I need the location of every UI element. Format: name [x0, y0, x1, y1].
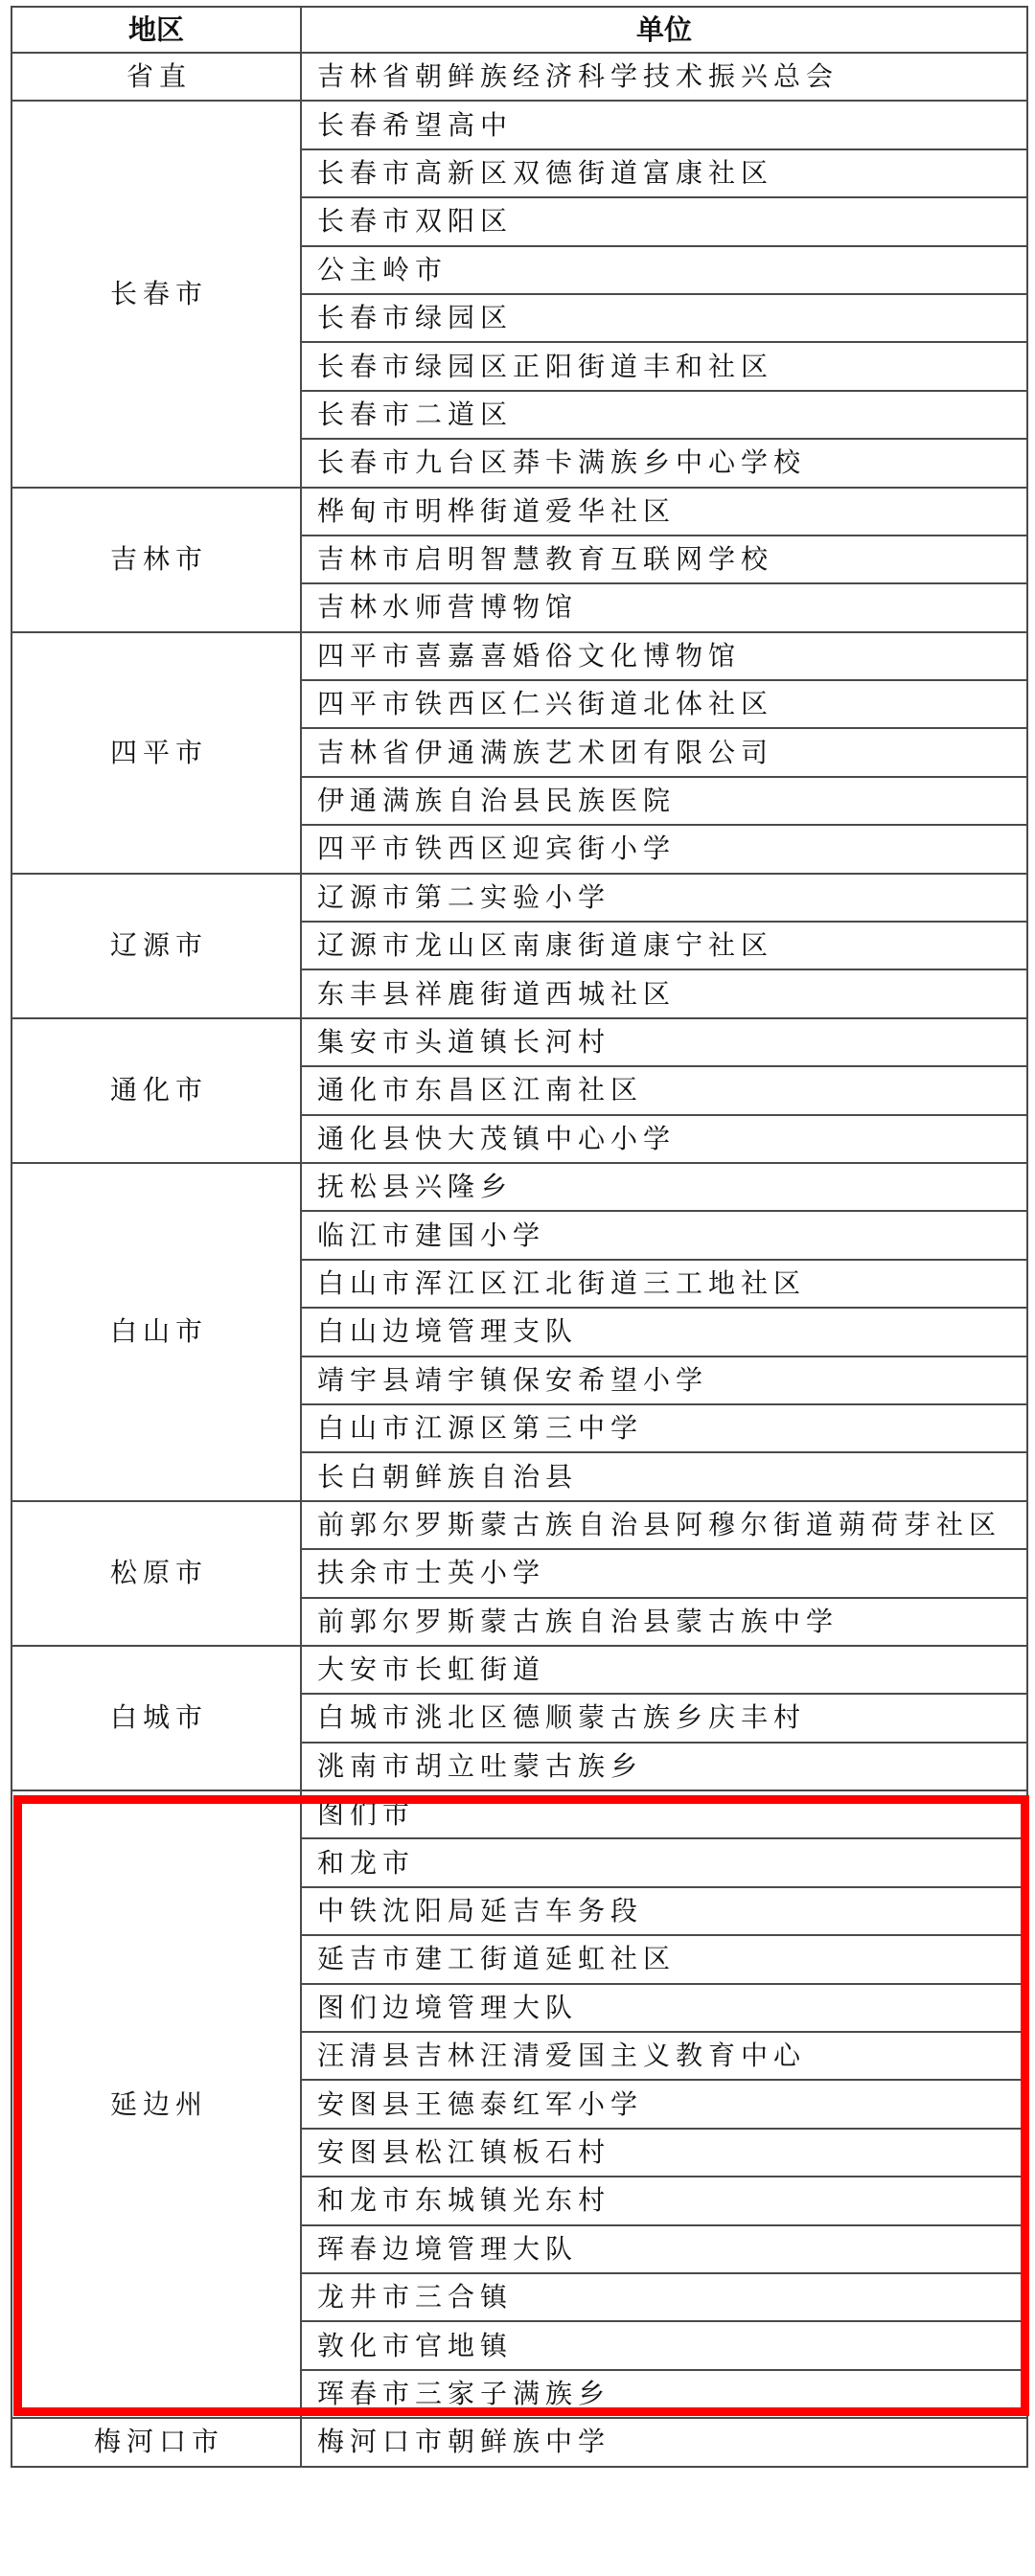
region-cell: 通化市	[11, 1018, 301, 1163]
unit-cell: 珲春边境管理大队	[301, 2225, 1027, 2273]
region-cell: 延边州	[11, 1790, 301, 2418]
units-table-container: 地区 单位 省直吉林省朝鲜族经济科学技术振兴总会长春市长春希望高中长春市高新区双…	[11, 6, 1026, 2468]
unit-cell: 扶余市士英小学	[301, 1549, 1027, 1597]
unit-cell: 和龙市	[301, 1838, 1027, 1886]
unit-cell: 吉林水师营博物馆	[301, 583, 1027, 631]
unit-cell: 公主岭市	[301, 246, 1027, 294]
unit-cell: 通化县快大茂镇中心小学	[301, 1115, 1027, 1163]
unit-cell: 长春市双阳区	[301, 197, 1027, 245]
unit-cell: 图们边境管理大队	[301, 1984, 1027, 2032]
unit-cell: 敦化市官地镇	[301, 2321, 1027, 2369]
table-row: 辽源市辽源市第二实验小学	[11, 874, 1027, 922]
unit-cell: 长春市九台区莽卡满族乡中心学校	[301, 439, 1027, 487]
unit-cell: 长春市高新区双德街道富康社区	[301, 149, 1027, 197]
region-cell: 长春市	[11, 101, 301, 487]
unit-cell: 辽源市第二实验小学	[301, 874, 1027, 922]
unit-cell: 吉林省伊通满族艺术团有限公司	[301, 728, 1027, 776]
unit-cell: 洮南市胡立吐蒙古族乡	[301, 1743, 1027, 1790]
table-row: 白山市抚松县兴隆乡	[11, 1163, 1027, 1211]
unit-cell: 长春市二道区	[301, 391, 1027, 439]
region-cell: 省直	[11, 53, 301, 101]
table-row: 省直吉林省朝鲜族经济科学技术振兴总会	[11, 53, 1027, 101]
unit-cell: 大安市长虹街道	[301, 1646, 1027, 1694]
unit-cell: 和龙市东城镇光东村	[301, 2177, 1027, 2224]
region-cell: 松原市	[11, 1501, 301, 1646]
table-row: 吉林市桦甸市明桦街道爱华社区	[11, 488, 1027, 536]
unit-cell: 龙井市三合镇	[301, 2273, 1027, 2321]
unit-cell: 伊通满族自治县民族医院	[301, 777, 1027, 825]
unit-cell: 长白朝鲜族自治县	[301, 1452, 1027, 1500]
unit-cell: 珲春市三家子满族乡	[301, 2370, 1027, 2418]
table-row: 四平市四平市喜嘉喜婚俗文化博物馆	[11, 632, 1027, 680]
unit-cell: 安图县王德泰红军小学	[301, 2080, 1027, 2128]
unit-cell: 白山市浑江区江北街道三工地社区	[301, 1260, 1027, 1308]
header-unit: 单位	[301, 7, 1027, 53]
unit-cell: 长春希望高中	[301, 101, 1027, 148]
unit-cell: 四平市喜嘉喜婚俗文化博物馆	[301, 632, 1027, 680]
table-body: 省直吉林省朝鲜族经济科学技术振兴总会长春市长春希望高中长春市高新区双德街道富康社…	[11, 53, 1027, 2467]
region-cell: 四平市	[11, 632, 301, 874]
unit-cell: 白山边境管理支队	[301, 1308, 1027, 1356]
table-row: 通化市集安市头道镇长河村	[11, 1018, 1027, 1066]
unit-cell: 临江市建国小学	[301, 1211, 1027, 1259]
unit-cell: 白山市江源区第三中学	[301, 1404, 1027, 1452]
unit-cell: 抚松县兴隆乡	[301, 1163, 1027, 1211]
unit-cell: 四平市铁西区仁兴街道北体社区	[301, 680, 1027, 728]
table-row: 松原市前郭尔罗斯蒙古族自治县阿穆尔街道蒴荷芽社区	[11, 1501, 1027, 1549]
table-row: 长春市长春希望高中	[11, 101, 1027, 148]
unit-cell: 辽源市龙山区南康街道康宁社区	[301, 922, 1027, 969]
unit-cell: 吉林市启明智慧教育互联网学校	[301, 536, 1027, 583]
unit-cell: 前郭尔罗斯蒙古族自治县蒙古族中学	[301, 1598, 1027, 1646]
header-region: 地区	[11, 7, 301, 53]
region-cell: 梅河口市	[11, 2418, 301, 2466]
table-row: 延边州图们市	[11, 1790, 1027, 1838]
unit-cell: 中铁沈阳局延吉车务段	[301, 1887, 1027, 1935]
unit-cell: 安图县松江镇板石村	[301, 2129, 1027, 2177]
table-row: 梅河口市梅河口市朝鲜族中学	[11, 2418, 1027, 2466]
unit-cell: 延吉市建工街道延虹社区	[301, 1935, 1027, 1983]
unit-cell: 长春市绿园区正阳街道丰和社区	[301, 342, 1027, 390]
unit-cell: 东丰县祥鹿街道西城社区	[301, 969, 1027, 1017]
unit-cell: 图们市	[301, 1790, 1027, 1838]
units-table: 地区 单位 省直吉林省朝鲜族经济科学技术振兴总会长春市长春希望高中长春市高新区双…	[11, 6, 1028, 2468]
region-cell: 白山市	[11, 1163, 301, 1501]
unit-cell: 前郭尔罗斯蒙古族自治县阿穆尔街道蒴荷芽社区	[301, 1501, 1027, 1549]
unit-cell: 吉林省朝鲜族经济科学技术振兴总会	[301, 53, 1027, 101]
unit-cell: 通化市东昌区江南社区	[301, 1066, 1027, 1114]
region-cell: 辽源市	[11, 874, 301, 1018]
unit-cell: 汪清县吉林汪清爱国主义教育中心	[301, 2032, 1027, 2080]
region-cell: 吉林市	[11, 488, 301, 632]
unit-cell: 四平市铁西区迎宾街小学	[301, 825, 1027, 873]
table-header-row: 地区 单位	[11, 7, 1027, 53]
unit-cell: 桦甸市明桦街道爱华社区	[301, 488, 1027, 536]
unit-cell: 梅河口市朝鲜族中学	[301, 2418, 1027, 2466]
region-cell: 白城市	[11, 1646, 301, 1790]
unit-cell: 长春市绿园区	[301, 294, 1027, 342]
unit-cell: 靖宇县靖宇镇保安希望小学	[301, 1356, 1027, 1404]
table-row: 白城市大安市长虹街道	[11, 1646, 1027, 1694]
unit-cell: 集安市头道镇长河村	[301, 1018, 1027, 1066]
unit-cell: 白城市洮北区德顺蒙古族乡庆丰村	[301, 1694, 1027, 1742]
